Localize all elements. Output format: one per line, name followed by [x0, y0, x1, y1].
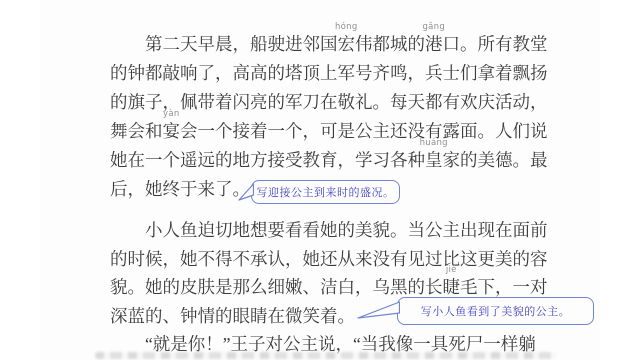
text-line: 的钟都敲响了，高高的塔顶上军号齐鸣，兵士们拿着飘扬 [110, 62, 570, 84]
text-line: 她在一个遥远的地方接受教育，学习各种huáng皇家的美德。最 [110, 149, 570, 171]
ruby-base-text: 睫 [443, 277, 461, 297]
text-line: 第二天早晨，船驶进邻国hóng宏伟都城的gǎng港口。所有教堂 [110, 33, 605, 55]
text-run: 后，她终于来了。 [110, 179, 250, 199]
ruby-character: gǎng港 [425, 33, 443, 55]
text-line: 舞会和yàn宴会一个接着一个，可是公主还没有露面。人们说 [110, 120, 570, 142]
pinyin-annotation: gǎng [422, 23, 445, 32]
text-run: 小人鱼迫切地想要看看她的美貌。当公主出现在面前 [145, 220, 548, 240]
text-run: 口。所有教堂 [443, 34, 548, 54]
margin-note-callout: 写小人鱼看到了美貌的公主。 [397, 297, 594, 325]
text-run: 第二天早晨，船驶进邻国 [145, 34, 338, 54]
ruby-character: hóng宏 [338, 33, 356, 55]
callout-tail-icon [356, 299, 400, 323]
ruby-character: jié睫 [443, 276, 461, 298]
text-line: 小人鱼迫切地想要看看她的美貌。当公主出现在面前 [110, 219, 605, 241]
ruby-base-text: 港 [425, 34, 443, 54]
pinyin-annotation: jié [446, 266, 457, 275]
pinyin-annotation: hóng [335, 23, 358, 32]
cutoff-next-line [95, 352, 557, 359]
text-run: 的钟都敲响了，高高的塔顶上军号齐鸣，兵士们拿着飘扬 [110, 63, 548, 83]
pinyin-annotation: yàn [163, 110, 180, 119]
callout-text: 写小人鱼看到了美貌的公主。 [421, 303, 571, 319]
callout-text: 写迎接公主到来时的盛况。 [257, 184, 395, 200]
text-run: 貌。她的皮肤是那么细嫩、洁白，乌黑的长 [110, 277, 443, 297]
text-run: 毛下，一对 [460, 277, 548, 297]
ruby-character: yàn宴 [163, 120, 181, 142]
callout-tail-icon [238, 182, 254, 204]
margin-note-callout: 写迎接公主到来时的盛况。 [251, 180, 400, 204]
text-run: 她在一个遥远的地方接受教育，学习各种 [110, 150, 425, 170]
text-run: 的时候，她不得不承认，她还从来没有见过比这更美的容 [110, 249, 548, 269]
text-run: 伟都城的 [355, 34, 425, 54]
text-run: 深蓝的、钟情的眼睛在微笑着。 [110, 306, 355, 326]
text-line: 的时候，她不得不承认，她还从来没有见过比这更美的容 [110, 248, 570, 270]
ruby-base-text: 宏 [338, 34, 356, 54]
ruby-base-text: 宴 [163, 121, 181, 141]
textbook-page: 第二天早晨，船驶进邻国hóng宏伟都城的gǎng港口。所有教堂的钟都敲响了，高高… [0, 0, 640, 360]
ruby-character: huáng皇 [425, 149, 443, 171]
ruby-base-text: 皇 [425, 150, 443, 170]
text-line: 貌。她的皮肤是那么细嫩、洁白，乌黑的长jié睫毛下，一对 [110, 276, 570, 298]
text-run: 会一个接着一个，可是公主还没有露面。人们说 [180, 121, 548, 141]
text-run: 舞会和 [110, 121, 163, 141]
text-run: 家的美德。最 [443, 150, 548, 170]
text-run: “就是你！”王子对公主说，“当我像一具死尸一样躺 [145, 334, 536, 354]
pinyin-annotation: huáng [420, 139, 448, 148]
